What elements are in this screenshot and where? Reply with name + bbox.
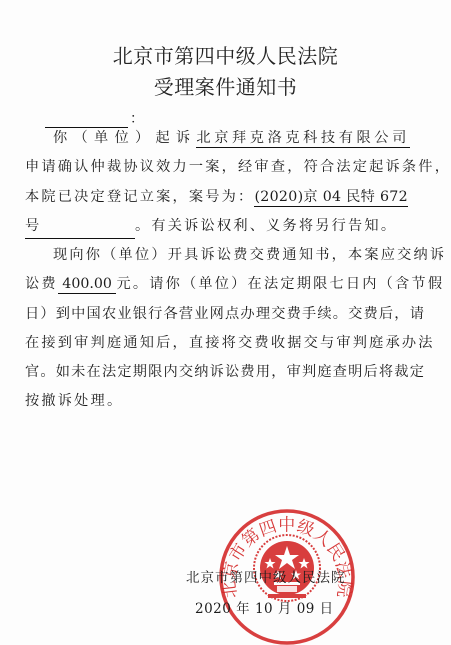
paragraph1-line3: 本院已决定登记立案，案号为：(2020)京 04 民特 672 bbox=[25, 186, 411, 208]
paragraph1-line1: 你（单位）起诉北京拜克洛克科技有限公司 bbox=[53, 127, 413, 149]
paragraph2-line5: 官。如未在法定期限内交纳诉讼费用，审判庭查明后将裁定 bbox=[25, 361, 411, 383]
court-title: 北京市第四中级人民法院 bbox=[0, 40, 451, 69]
addressee-line: ： bbox=[45, 108, 144, 128]
paragraph1-line3-prefix: 本院已决定登记立案，案号为： bbox=[25, 189, 254, 205]
paragraph2-line2-suffix: 元。请你（单位）在法定期限七日内（含节假 bbox=[116, 276, 444, 292]
paragraph2-line2-prefix: 讼费 bbox=[25, 276, 58, 292]
notice-document: 北京市第四中级人民法院 受理案件通知书 ： 你（单位）起诉北京拜克洛克科技有限公… bbox=[0, 0, 451, 645]
paragraph2-line3: 日）到中国农业银行各营业网点办理交费手续。交费后，请 bbox=[25, 303, 411, 325]
paragraph1-line4-text: 。有关诉讼权利、义务将另行告知。 bbox=[135, 218, 397, 234]
paragraph1-line2: 申请确认仲裁协议效力一案，经审查，符合法定起诉条件， bbox=[25, 156, 411, 178]
signature-date: 2020 年 10 月 09 日 bbox=[195, 597, 334, 617]
paragraph2-line4: 在接到审判庭通知后，直接将交费收据交与审判庭承办法 bbox=[25, 332, 411, 354]
plaintiff-company: 北京拜克洛克科技有限公司 bbox=[196, 130, 409, 148]
paragraph2-line2: 讼费 400.00 元。请你（单位）在法定期限七日内（含节假 bbox=[25, 273, 411, 295]
paragraph1-prefix: 你（单位）起诉 bbox=[53, 130, 196, 146]
case-number-suffix: 号 bbox=[25, 215, 135, 239]
addressee-colon: ： bbox=[130, 108, 144, 128]
addressee-blank bbox=[45, 112, 128, 128]
fee-amount: 400.00 bbox=[58, 276, 117, 294]
case-number: (2020)京 04 民特 672 bbox=[254, 189, 408, 207]
paragraph2-line6: 按撤诉处理。 bbox=[25, 390, 411, 412]
paragraph2-line1: 现向你（单位）开具诉讼费交费通知书，本案应交纳诉 bbox=[53, 244, 413, 266]
signature-court-name: 北京市第四中级人民法院 bbox=[186, 566, 346, 586]
paragraph1-line4: 号。有关诉讼权利、义务将另行告知。 bbox=[25, 215, 411, 237]
document-title: 受理案件通知书 bbox=[0, 71, 451, 100]
